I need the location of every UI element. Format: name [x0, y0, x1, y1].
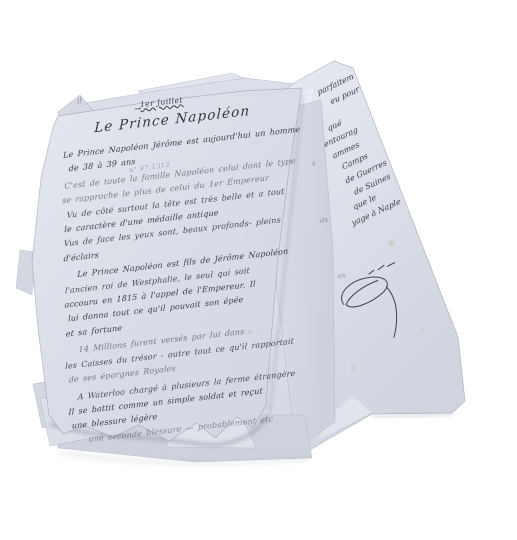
paper-stain [388, 240, 394, 246]
main-manuscript-text: 1er Juillet → Le Prince Napoléon n° 97.1… [50, 82, 344, 447]
manuscript-body: Le Prince Napoléon Jérôme est aujourd'hu… [54, 121, 343, 447]
paper-stain [420, 328, 423, 331]
shadow-under-right-sheet [373, 414, 452, 417]
manuscript-photo: // 1er Juillet → Le Prince Napoléon n° 9… [0, 0, 517, 540]
paper-stain [351, 366, 356, 371]
